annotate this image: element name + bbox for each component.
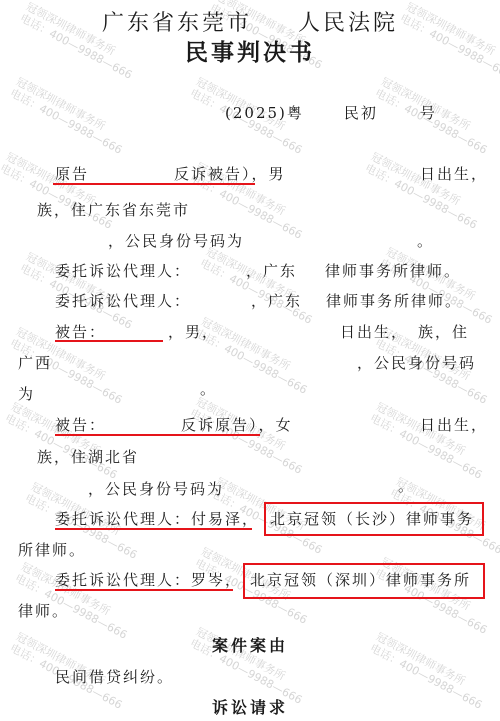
defendant1-id-cont: 为: [18, 383, 35, 404]
firm-highlight-box-shenzhen: [243, 563, 485, 599]
defendant2-agent-2: 委托诉讼代理人：罗岑，: [55, 569, 242, 590]
case-cause-heading: 案件案由: [0, 633, 500, 656]
defendant2-line: 被告：反诉原告），女: [55, 414, 293, 435]
defendant1-birth-ethnicity: 日出生，族，住: [340, 321, 469, 342]
judgment-document: 广东省东莞市人民法院 民事判决书 (2025)粤民初号 原告反诉被告），男 日出…: [0, 0, 500, 721]
plaintiff-birth: 日出生，: [420, 163, 488, 184]
case-cause-text: 民间借贷纠纷。: [55, 666, 174, 687]
agent1-underline-annotation: [55, 528, 252, 530]
defendant1-address: 广西: [18, 352, 52, 373]
claims-heading: 诉讼请求: [0, 695, 500, 718]
defendant2-agent-2-cont: 律师。: [18, 600, 69, 621]
defendant2-address: 族，住湖北省: [37, 446, 139, 467]
plaintiff-agent-2: 委托诉讼代理人：，广东律师事务所律师。: [55, 290, 462, 311]
document-type-title: 民事判决书: [0, 34, 500, 67]
case-number: (2025)粤民初号: [225, 102, 437, 123]
defendant1-id: ，公民身份号码: [357, 352, 476, 373]
agent2-underline-annotation: [55, 589, 233, 591]
plaintiff-underline-annotation: [53, 183, 255, 185]
defendant1-underline-annotation: [55, 340, 163, 342]
defendant2-id: ，公民身份号码为: [88, 478, 224, 499]
court-name: 广东省东莞市人民法院: [0, 6, 500, 37]
plaintiff-agent-1: 委托诉讼代理人：，广东律师事务所律师。: [55, 260, 461, 281]
plaintiff-id: ，公民身份号码为: [108, 230, 244, 251]
defendant2-agent-1: 委托诉讼代理人：付易泽，: [55, 508, 259, 529]
defendant2-birth: 日出生，: [420, 414, 488, 435]
plaintiff-id-end: 。: [417, 230, 434, 251]
defendant2-underline-annotation: [55, 434, 260, 436]
firm-highlight-box-changsha: [264, 502, 484, 536]
defendant2-agent-1-cont: 所律师。: [18, 539, 86, 560]
defendant1-id-end: 。: [200, 378, 217, 399]
plaintiff-address: 族，住广东省东莞市: [37, 199, 190, 220]
plaintiff-line: 原告反诉被告），男: [55, 163, 286, 184]
defendant1-line: 被告：，男，: [55, 321, 219, 342]
defendant2-id-end: 。: [398, 475, 415, 496]
